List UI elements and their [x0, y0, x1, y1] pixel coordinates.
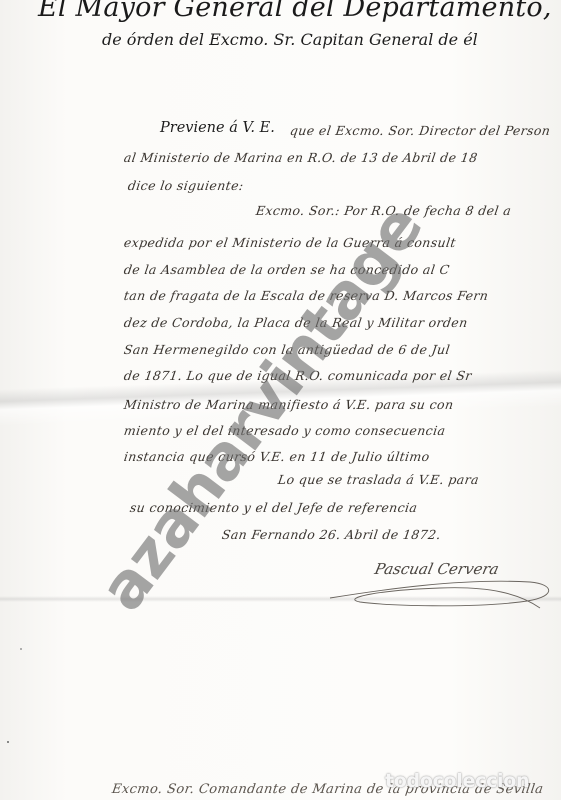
handwritten-line-11: Ministro de Marina manifiesto á V.E. par… — [123, 397, 455, 412]
paper-speck — [20, 648, 22, 650]
addressee-line: Excmo. Sor. Comandante de Marina de la p… — [111, 782, 544, 797]
handwritten-line-7: tan de fragata de la Escala de reserva D… — [123, 288, 489, 303]
printed-lead-previene: Previene á V. E. — [160, 120, 275, 136]
handwritten-date-line: San Fernando 26. Abril de 1872. — [221, 527, 442, 542]
signature-rubric-flourish — [320, 568, 560, 618]
handwritten-line-8: dez de Cordoba, la Placa de la Real y Mi… — [123, 315, 469, 330]
paper-speck — [7, 741, 9, 743]
handwritten-line-12: miento y el del interesado y como consec… — [123, 423, 447, 438]
handwritten-line-3: dice lo siguiente: — [127, 178, 245, 193]
handwritten-line-2: al Ministerio de Marina en R.O. de 13 de… — [123, 150, 479, 165]
handwritten-line-4: Excmo. Sor.: Por R.O. de fecha 8 del a — [255, 203, 512, 218]
handwritten-line-15: su conocimiento y el del Jefe de referen… — [129, 500, 418, 515]
handwritten-line-9: San Hermenegildo con la antigüedad de 6 … — [123, 342, 451, 357]
handwritten-line-6: de la Asamblea de la orden se ha concedi… — [123, 262, 451, 277]
handwritten-line-10: de 1871. Lo que de igual R.O. comunicada… — [123, 368, 473, 383]
handwritten-line-1: que el Excmo. Sor. Director del Person — [289, 123, 551, 138]
letterhead-subtitle: de órden del Excmo. Sr. Capitan General … — [102, 30, 478, 49]
handwritten-line-14: Lo que se traslada á V.E. para — [277, 472, 480, 487]
letterhead-title: El Mayor General del Departamento, — [38, 0, 552, 23]
handwritten-line-5: expedida por el Ministerio de la Guerra … — [123, 235, 457, 250]
handwritten-line-13: instancia que cursó V.E. en 11 de Julio … — [123, 449, 431, 464]
